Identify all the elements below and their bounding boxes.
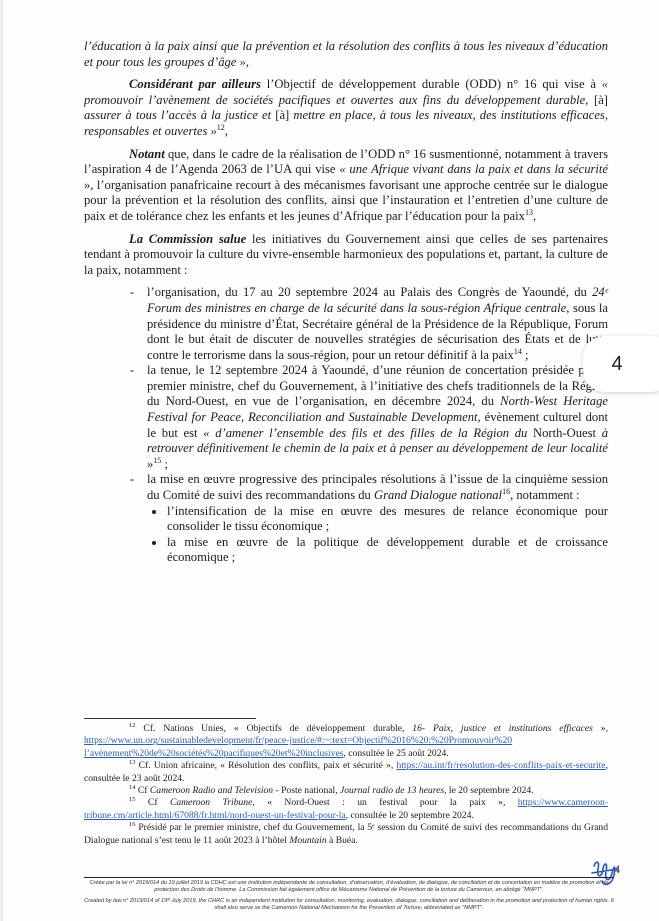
text-run: [à] <box>271 108 293 122</box>
paragraph-lead: Considérant par ailleurs <box>129 77 261 91</box>
footnote-ref-16[interactable]: 16 <box>502 487 510 496</box>
footer-separator <box>84 877 614 878</box>
footnote-separator <box>84 718 256 719</box>
text-run: Cf. Nations Unies, « Objectifs de dévelo… <box>136 723 413 734</box>
italic-run: Mountain <box>289 835 326 846</box>
paragraph-lead: Notant <box>129 147 165 161</box>
page-number-badge[interactable]: 4 <box>583 336 659 392</box>
paragraph-text: l’éducation à la paix ainsi que la préve… <box>84 39 608 69</box>
text-run: - Poste national, <box>273 785 340 796</box>
list-item: la tenue, le 12 septembre 2024 à Yaoundé… <box>147 363 608 472</box>
text-run: à Buéa. <box>327 835 358 846</box>
paragraph-commission-salue: La Commission salue les initiatives du G… <box>84 232 608 279</box>
paragraph-lead: La Commission salue <box>129 232 246 246</box>
sub-list-item: l’intensification de la mise en œuvre de… <box>167 504 608 535</box>
document-page: l’éducation à la paix ainsi que la préve… <box>3 0 659 921</box>
text-run: , « Nord-Ouest : un festival pour la pai… <box>252 797 517 808</box>
text-run: North-Ouest <box>527 426 601 440</box>
text-run: , <box>225 124 228 138</box>
text-run: , le 20 septembre 2024. <box>444 785 534 796</box>
text-run: , consultée le 20 septembre 2024. <box>346 810 474 821</box>
body-text: l’éducation à la paix ainsi que la préve… <box>84 39 608 566</box>
text-run: , consultée le 25 août 2024. <box>343 748 448 759</box>
italic-run: Cameroon Radio and Television <box>150 785 273 796</box>
footnote-15: 15 Cf Cameroon Tribune, « Nord-Ouest : u… <box>84 797 608 822</box>
text-run: l’organisation, du 17 au 20 septembre 20… <box>147 285 592 299</box>
italic-run: 16- Paix, justice et institutions effica… <box>412 723 593 734</box>
footnote-link[interactable]: https://au.int/fr/resolution-des-conflit… <box>396 760 605 771</box>
text-run: », <box>593 723 608 734</box>
text-run: l’Objectif de développement durable (ODD… <box>261 77 602 91</box>
footnote-ref-13[interactable]: 13 <box>525 208 533 217</box>
text-run: Cf <box>136 797 170 808</box>
italic-run: Grand Dialogue national <box>374 488 502 502</box>
quote-run: « d’amener l’ensemble des fils et des fi… <box>203 426 527 440</box>
footnote-12: 12 Cf. Nations Unies, « Objectifs de dév… <box>84 723 608 760</box>
footnote-14: 14 Cf Cameroon Radio and Television - Po… <box>84 785 608 797</box>
text-run: , notamment : <box>510 488 580 502</box>
text-run: Cf. Union africaine, « Résolution des co… <box>136 760 397 771</box>
paragraph-considerant: Considérant par ailleurs l’Objectif de d… <box>84 77 608 139</box>
footnote-16: 16 Présidé par le premier ministre, chef… <box>84 822 608 847</box>
footnote-ref-14[interactable]: 14 <box>514 347 522 356</box>
list-item: l’organisation, du 17 au 20 septembre 20… <box>147 285 608 363</box>
text-run: Cf <box>136 785 150 796</box>
footnote-ref-12[interactable]: 12 <box>217 123 225 132</box>
paragraph-continuation: l’éducation à la paix ainsi que la préve… <box>84 39 608 70</box>
quote-run: assurer à tous l’accès à la justice et <box>84 108 271 122</box>
legal-footer: Créée par la loi n° 2019/014 du 19 juill… <box>84 880 614 912</box>
footnote-13: 13 Cf. Union africaine, « Résolution des… <box>84 760 608 785</box>
initiatives-list: l’organisation, du 17 au 20 septembre 20… <box>84 285 608 566</box>
text-run: , <box>533 209 536 223</box>
page-number-badge-label: 4 <box>611 353 622 376</box>
text-run: ; <box>522 348 529 362</box>
sub-list: l’intensification de la mise en œuvre de… <box>147 504 608 566</box>
footnotes: 12 Cf. Nations Unies, « Objectifs de dév… <box>84 723 608 847</box>
text-run: [à] <box>588 93 608 107</box>
legal-footer-fr: Créée par la loi n° 2019/014 du 19 juill… <box>84 880 614 894</box>
italic-run: Journal radio de 13 heures <box>340 785 444 796</box>
sub-list-item: la mise en œuvre de la politique de déve… <box>167 535 608 566</box>
paragraph-notant: Notant que, dans le cadre de la réalisat… <box>84 147 608 225</box>
italic-run: Cameroon Tribune <box>170 797 252 808</box>
list-item: la mise en œuvre progressive des princip… <box>147 472 608 566</box>
quote-run: « une Afrique vivant dans la paix et dan… <box>339 162 608 176</box>
text-run: ; <box>161 457 168 471</box>
legal-footer-en: Created by law n° 2019/014 of 19ᵗʰ July … <box>84 898 614 912</box>
